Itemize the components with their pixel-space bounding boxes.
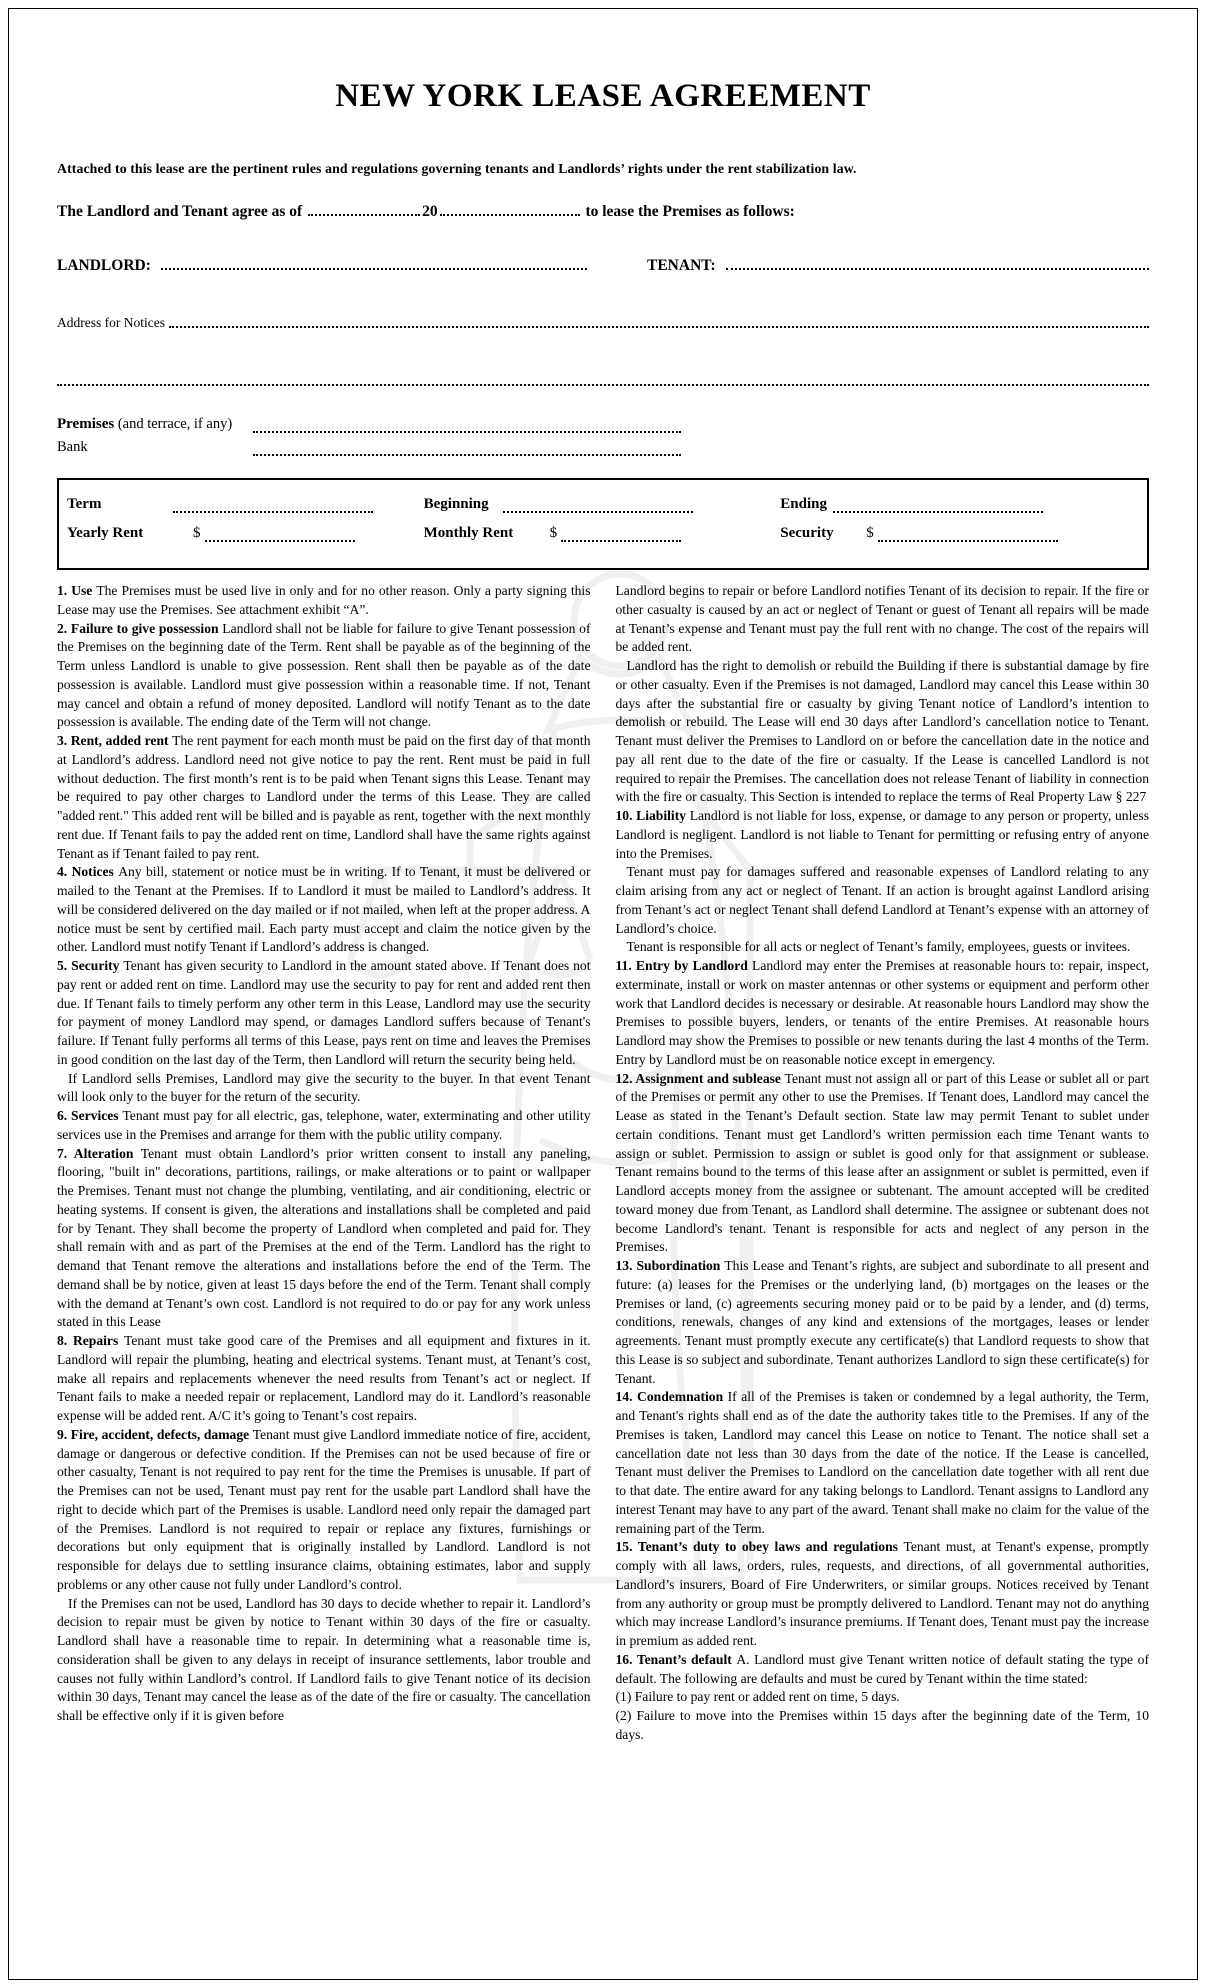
lease-paragraph: If Landlord sells Premises, Landlord may… xyxy=(57,1070,591,1108)
terms-row-2: Yearly Rent $ Monthly Rent $ Security $ xyxy=(67,525,1137,542)
term-label: Term xyxy=(67,496,145,513)
premises-row: Premises (and terrace, if any) xyxy=(57,416,1149,433)
agreement-date-blank[interactable] xyxy=(308,203,420,216)
lease-paragraph: 16. Tenant’s default A. Landlord must gi… xyxy=(616,1651,1150,1689)
lease-paragraph: 10. Liability Landlord is not liable for… xyxy=(616,807,1150,863)
section-heading: 5. Security xyxy=(57,958,123,973)
document-title: NEW YORK LEASE AGREEMENT xyxy=(57,78,1149,115)
lease-page: NEW YORK LEASE AGREEMENT Attached to thi… xyxy=(0,0,1206,1988)
lease-paragraph: (1) Failure to pay rent or added rent on… xyxy=(616,1688,1150,1707)
tenant-label: TENANT: xyxy=(647,257,716,275)
monthly-rent-currency: $ xyxy=(550,525,558,542)
address-for-notices-row: Address for Notices xyxy=(57,315,1149,331)
lease-paragraph: 5. Security Tenant has given security to… xyxy=(57,957,591,1070)
lease-paragraph: Tenant is responsible for all acts or ne… xyxy=(616,938,1150,957)
security-label: Security xyxy=(780,525,858,542)
parties-row: LANDLORD: TENANT: xyxy=(57,257,1149,275)
landlord-label: LANDLORD: xyxy=(57,257,151,275)
address-label: Address for Notices xyxy=(57,315,165,331)
agree-suffix: to lease the Premises as follows: xyxy=(585,203,794,220)
section-heading: 16. Tenant’s default xyxy=(616,1652,737,1667)
premises-label: Premises xyxy=(57,416,114,432)
bank-label: Bank xyxy=(57,439,253,456)
agreement-year-blank[interactable] xyxy=(440,203,580,216)
lease-column-left: 1. Use The Premises must be used live in… xyxy=(57,582,591,1745)
terms-row-1: Term Beginning Ending xyxy=(67,496,1137,513)
address-blank-line1[interactable] xyxy=(169,315,1149,328)
section-heading: 13. Subordination xyxy=(616,1258,725,1273)
premises-blank[interactable] xyxy=(253,420,681,433)
lease-paragraph: Landlord begins to repair or before Land… xyxy=(616,582,1150,657)
lease-paragraph: 7. Alteration Tenant must obtain Landlor… xyxy=(57,1145,591,1333)
address-blank-line2[interactable] xyxy=(57,373,1149,386)
beginning-label: Beginning xyxy=(424,496,489,513)
section-heading: 3. Rent, added rent xyxy=(57,733,172,748)
premises-note: (and terrace, if any) xyxy=(114,416,232,432)
beginning-blank[interactable] xyxy=(503,501,693,513)
lease-paragraph: 11. Entry by Landlord Landlord may enter… xyxy=(616,957,1150,1070)
lease-paragraph: 1. Use The Premises must be used live in… xyxy=(57,582,591,620)
ending-blank[interactable] xyxy=(833,501,1043,513)
lease-column-right: Landlord begins to repair or before Land… xyxy=(616,582,1150,1745)
term-blank[interactable] xyxy=(173,501,373,513)
lease-body-columns: 1. Use The Premises must be used live in… xyxy=(57,582,1149,1745)
tenant-name-blank[interactable] xyxy=(726,257,1149,270)
monthly-rent-blank[interactable] xyxy=(561,530,681,542)
monthly-rent-label: Monthly Rent xyxy=(424,525,542,542)
intro-text: Attached to this lease are the pertinent… xyxy=(57,161,1149,177)
yearly-rent-label: Yearly Rent xyxy=(67,525,185,542)
section-heading: 11. Entry by Landlord xyxy=(616,958,753,973)
security-currency: $ xyxy=(866,525,874,542)
bank-blank[interactable] xyxy=(253,443,681,456)
section-heading: 12. Assignment and sublease xyxy=(616,1071,785,1086)
section-heading: 7. Alteration xyxy=(57,1146,141,1161)
section-heading: 4. Notices xyxy=(57,864,118,879)
section-heading: 15. Tenant’s duty to obey laws and regul… xyxy=(616,1539,904,1554)
lease-paragraph: 14. Condemnation If all of the Premises … xyxy=(616,1388,1150,1538)
lease-paragraph: 9. Fire, accident, defects, damage Tenan… xyxy=(57,1426,591,1595)
lease-paragraph: Tenant must pay for damages suffered and… xyxy=(616,863,1150,938)
bank-row: Bank xyxy=(57,439,1149,456)
section-heading: 14. Condemnation xyxy=(616,1389,728,1404)
yearly-rent-blank[interactable] xyxy=(205,530,355,542)
lease-paragraph: 12. Assignment and sublease Tenant must … xyxy=(616,1070,1150,1258)
lease-paragraph: 15. Tenant’s duty to obey laws and regul… xyxy=(616,1538,1150,1651)
lease-paragraph: Landlord has the right to demolish or re… xyxy=(616,657,1150,807)
lease-paragraph: 4. Notices Any bill, statement or notice… xyxy=(57,863,591,957)
yearly-rent-currency: $ xyxy=(193,525,201,542)
security-blank[interactable] xyxy=(878,530,1058,542)
agree-year-prefix: 20 xyxy=(422,203,438,220)
ending-label: Ending xyxy=(780,496,827,513)
lease-paragraph: 3. Rent, added rent The rent payment for… xyxy=(57,732,591,863)
lease-document-page: { "header": { "title": "NEW YORK LEASE A… xyxy=(0,0,1206,1988)
lease-paragraph: (2) Failure to move into the Premises wi… xyxy=(616,1707,1150,1745)
lease-terms-box: Term Beginning Ending Yearly Rent $ Mont… xyxy=(57,478,1149,570)
lease-paragraph: 8. Repairs Tenant must take good care of… xyxy=(57,1332,591,1426)
section-heading: 9. Fire, accident, defects, damage xyxy=(57,1427,253,1442)
section-heading: 10. Liability xyxy=(616,808,690,823)
lease-paragraph: 6. Services Tenant must pay for all elec… xyxy=(57,1107,591,1145)
lease-paragraph: If the Premises can not be used, Landlor… xyxy=(57,1595,591,1726)
section-heading: 2. Failure to give possession xyxy=(57,621,222,636)
section-heading: 8. Repairs xyxy=(57,1333,124,1348)
agreement-line: The Landlord and Tenant agree as of 20 t… xyxy=(57,203,1149,221)
landlord-name-blank[interactable] xyxy=(161,257,587,270)
section-heading: 6. Services xyxy=(57,1108,122,1123)
section-heading: 1. Use xyxy=(57,583,96,598)
lease-paragraph: 2. Failure to give possession Landlord s… xyxy=(57,620,591,733)
agree-prefix: The Landlord and Tenant agree as of xyxy=(57,203,302,220)
lease-paragraph: 13. Subordination This Lease and Tenant’… xyxy=(616,1257,1150,1388)
